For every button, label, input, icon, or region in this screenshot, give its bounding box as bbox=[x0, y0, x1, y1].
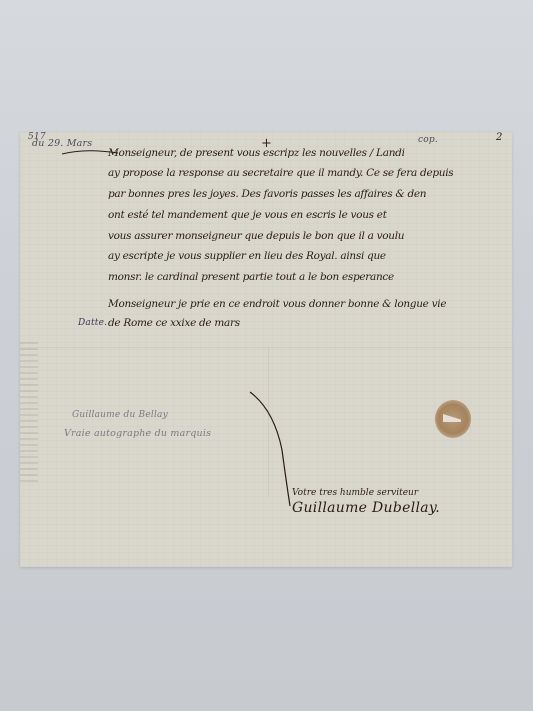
body-line-5: vous assurer monseigneur que depuis le b… bbox=[108, 230, 404, 244]
page-number: 2 bbox=[496, 132, 503, 143]
closing-line-2: de Rome ce xxixe de mars bbox=[108, 317, 278, 331]
body-line-6: ay escripte je vous supplier en lieu des… bbox=[108, 250, 386, 264]
closing-line-1: Monseigneur je prie en ce endroit vous d… bbox=[108, 298, 446, 312]
ink-stain bbox=[435, 400, 471, 438]
body-line-4: ont esté tel mandement que je vous en es… bbox=[108, 209, 387, 223]
fold-line-horizontal bbox=[20, 347, 512, 348]
faded-edge-writing bbox=[20, 342, 38, 482]
margin-note-datte: Datte. bbox=[78, 318, 107, 328]
body-line-1: Monseigneur, de present vous escripz les… bbox=[108, 147, 405, 161]
copy-annotation: cop. bbox=[418, 135, 438, 145]
signature-name: Guillaume Dubellay. bbox=[292, 500, 440, 516]
signature-stroke-icon bbox=[246, 390, 296, 510]
manuscript-letter: 517 du 29. Mars cop. 2 + Monseigneur, de… bbox=[20, 132, 512, 567]
body-line-7: monsr. le cardinal present partie tout a… bbox=[108, 271, 394, 285]
pencil-note-1: Guillaume du Bellay bbox=[72, 410, 168, 420]
pencil-note-2: Vraie autographe du marquis bbox=[64, 428, 211, 439]
body-line-2: ay propose la response au secretaire que… bbox=[108, 167, 453, 181]
body-line-3: par bonnes pres les joyes. Des favoris p… bbox=[108, 188, 426, 202]
signature-subscription: Votre tres humble serviteur bbox=[292, 488, 418, 498]
